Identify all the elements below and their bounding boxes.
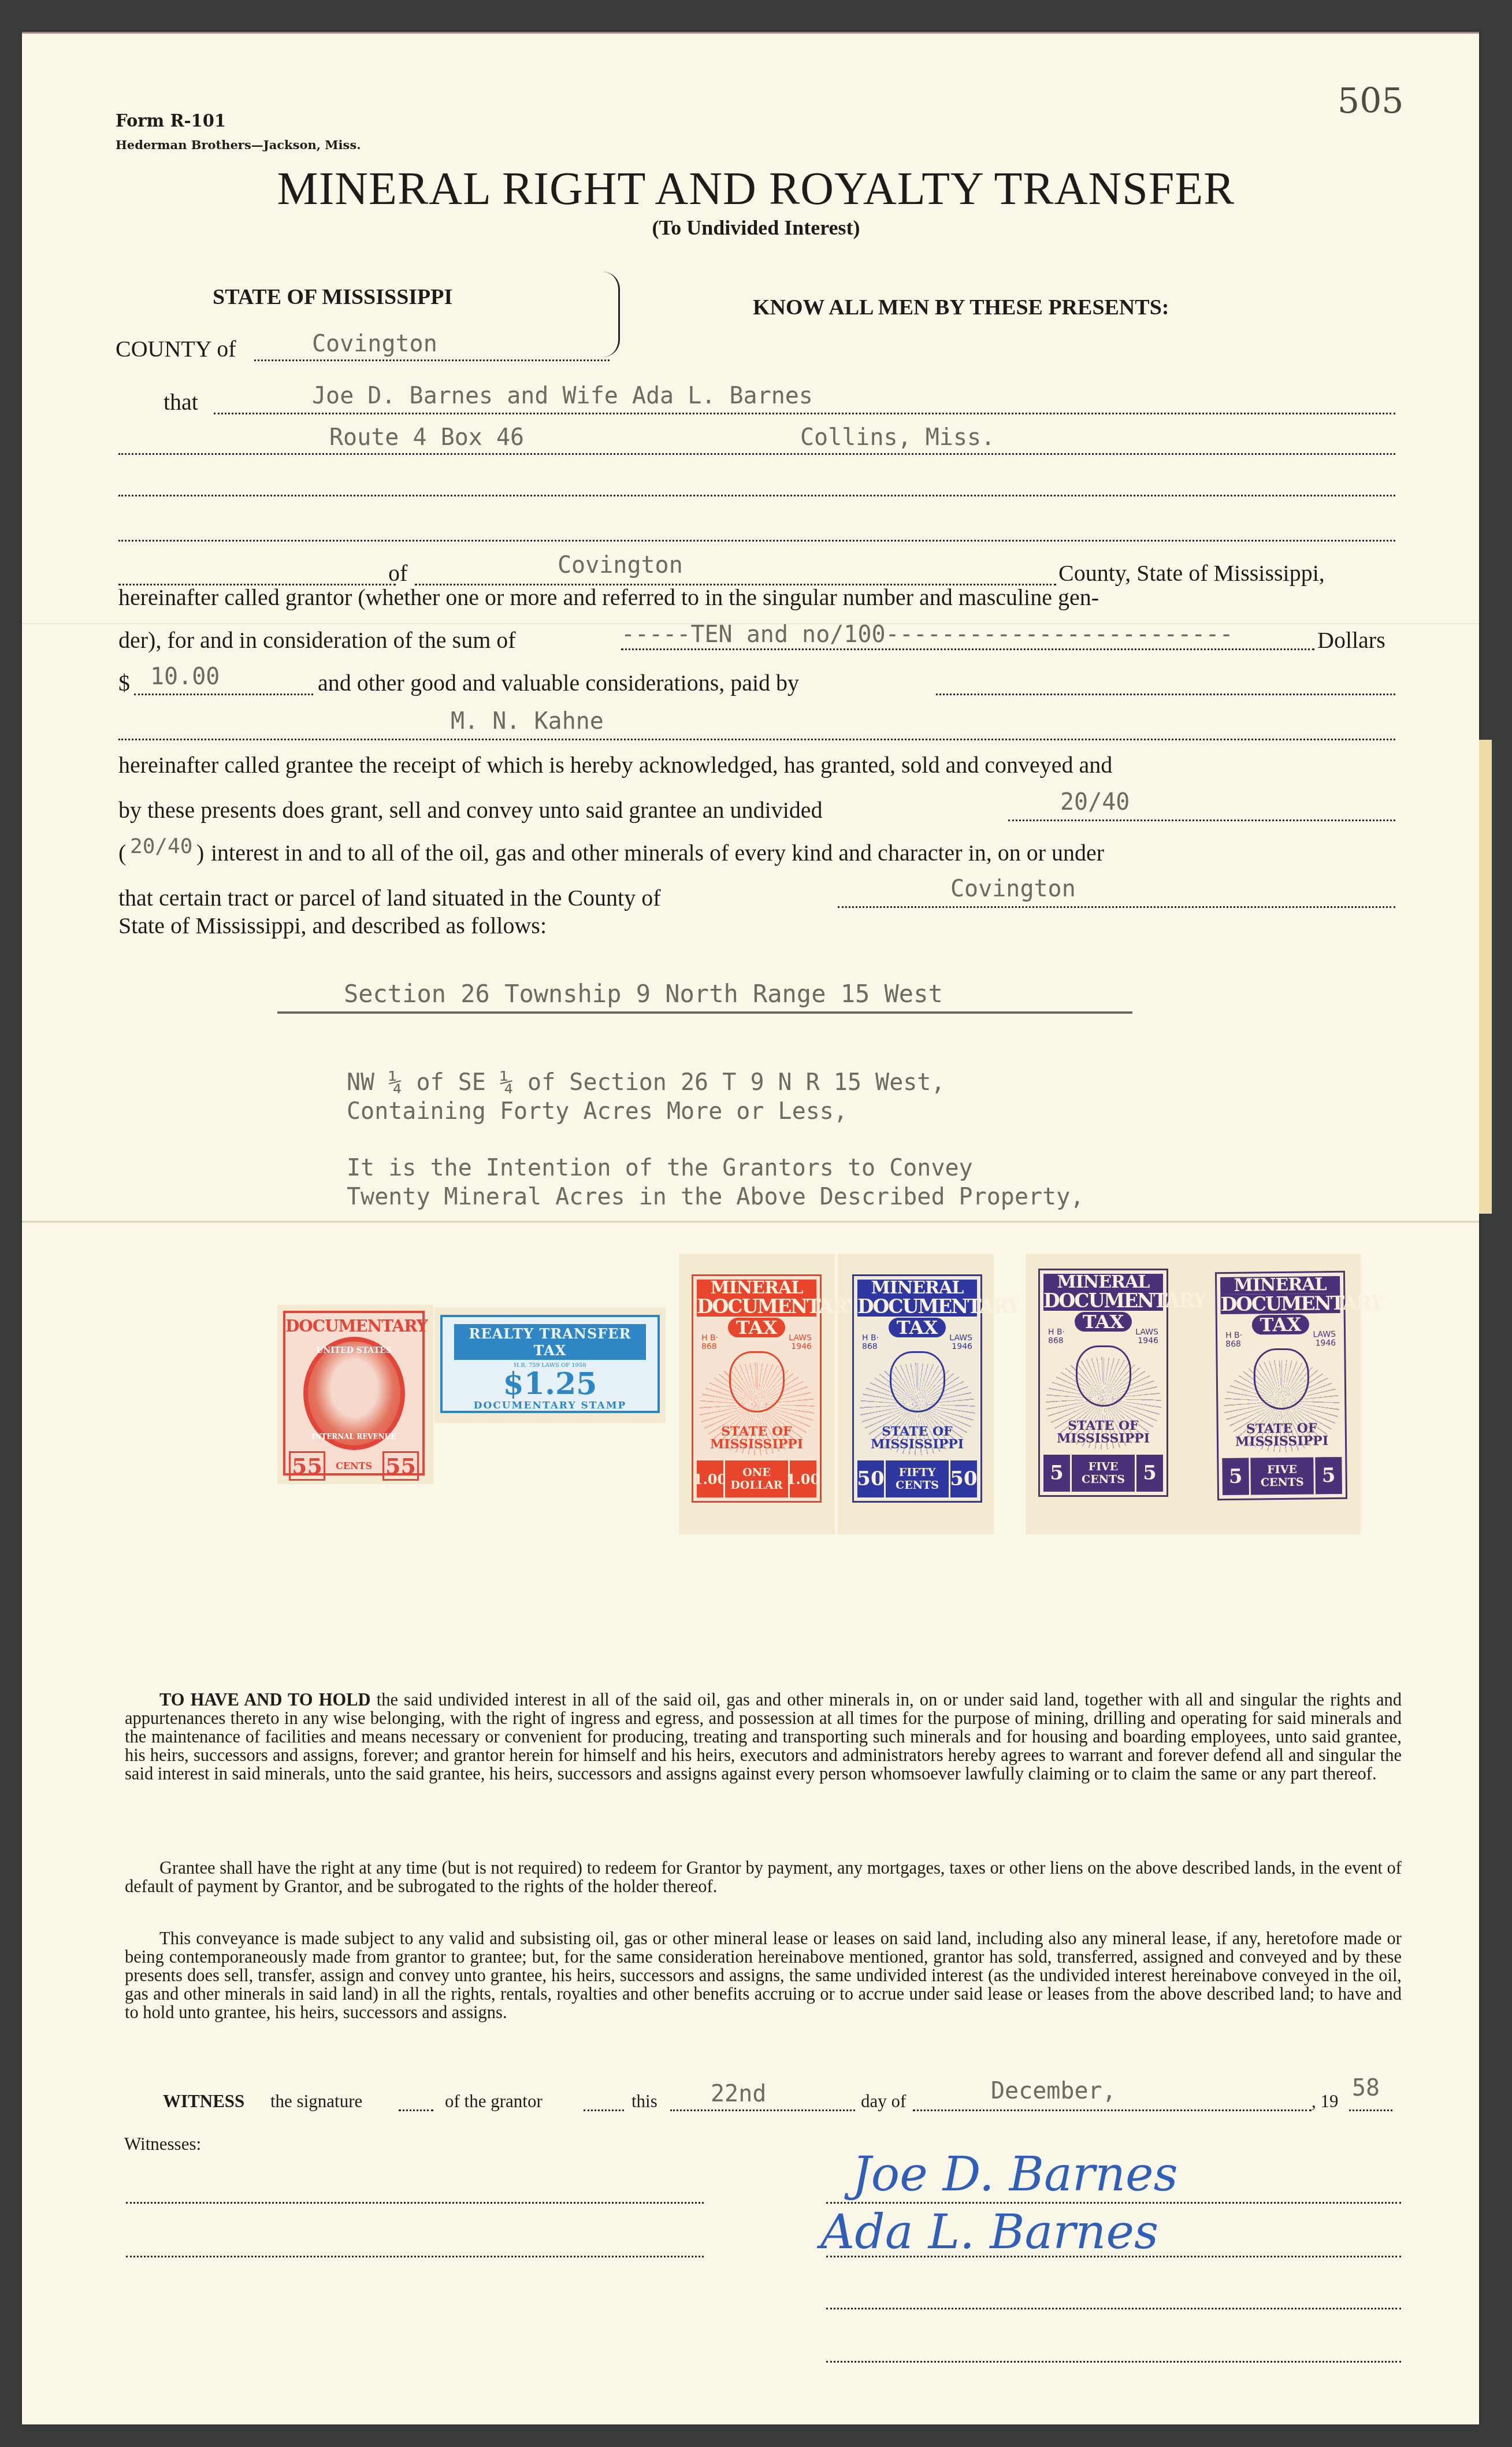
document-subtitle: (To Undivided Interest)	[0, 216, 1512, 240]
grantor-line-4	[118, 540, 1395, 542]
month-line	[913, 2109, 1312, 2111]
interest-line	[1008, 820, 1395, 821]
grantee-name-field[interactable]: M. N. Kahne	[451, 708, 604, 735]
heading-underline	[277, 1011, 1132, 1014]
described-as-follows: State of Mississippi, and described as f…	[118, 912, 547, 939]
legal-description-line-3[interactable]: It is the Intention of the Grantors to C…	[347, 1155, 973, 1181]
paid-by-line	[936, 694, 1395, 695]
stamp-us-documentary: DOCUMENTARY UNITED STATES INTERNAL REVEN…	[283, 1311, 425, 1475]
paren-open: (	[118, 839, 126, 866]
printer-imprint: Hederman Brothers—Jackson, Miss.	[116, 138, 361, 152]
state-seal-icon	[890, 1351, 945, 1412]
signature-plural-line	[399, 2109, 433, 2111]
stamp-unit: CENTS	[336, 1460, 372, 1471]
grantor-signature-line-3[interactable]	[826, 2308, 1401, 2309]
county-suffix: County, State of Mississippi,	[1058, 559, 1325, 587]
redemption-clause: Grantee shall have the right at any time…	[125, 1859, 1402, 1896]
witnesses-label: Witnesses:	[124, 2134, 201, 2155]
of-label: of	[388, 559, 407, 587]
county-field-line	[254, 359, 610, 361]
document-title: MINERAL RIGHT AND ROYALTY TRANSFER	[0, 163, 1512, 216]
stamp-value-left: 55	[289, 1451, 325, 1481]
grantor-signature-line-1[interactable]	[826, 2202, 1401, 2204]
witness-text-1: the signature	[270, 2091, 362, 2112]
grant-text: by these presents does grant, sell and c…	[118, 796, 823, 824]
paren-close: )	[196, 839, 204, 866]
state-seal-icon	[729, 1351, 785, 1412]
other-considerations-text: and other good and valuable consideratio…	[318, 669, 799, 696]
paper-flap	[1479, 740, 1492, 1214]
preamble: KNOW ALL MEN BY THESE PRESENTS:	[753, 295, 1169, 320]
county-label: COUNTY of	[116, 335, 236, 362]
tract-text: that certain tract or parcel of land sit…	[118, 884, 661, 911]
grantee-definition-text: hereinafter called grantee the receipt o…	[118, 751, 1112, 778]
interest-fraction-field[interactable]: 20/40	[1060, 789, 1130, 815]
year-line	[1349, 2109, 1392, 2111]
day-line	[670, 2109, 855, 2111]
legal-description-heading[interactable]: Section 26 Township 9 North Range 15 Wes…	[344, 980, 943, 1008]
this-label: this	[631, 2091, 657, 2112]
legal-description-line-4[interactable]: Twenty Mineral Acres in the Above Descri…	[347, 1184, 1084, 1210]
month-field[interactable]: December,	[991, 2078, 1116, 2104]
grantee-line	[118, 739, 1395, 740]
sum-words-field[interactable]: -----TEN and no/100---------------------…	[621, 621, 1234, 648]
signature-ada-barnes: Ada L. Barnes	[820, 2205, 1158, 2260]
legal-description-line-1[interactable]: NW ¼ of SE ¼ of Section 26 T 9 N R 15 We…	[347, 1069, 945, 1096]
stamp-mineral-fifty-cents: MINERAL DOCUMENTARY TAX H B·868 LAWS1946…	[852, 1274, 982, 1503]
land-county-field[interactable]: Covington	[950, 876, 1076, 902]
year-field[interactable]: 58	[1352, 2075, 1380, 2101]
day-of-label: day of	[861, 2091, 906, 2112]
form-id: Form R-101	[116, 111, 226, 131]
witness-lead: WITNESS	[163, 2091, 244, 2112]
grantor-line-3	[118, 495, 1395, 496]
stamp-value: $1.25	[443, 1369, 657, 1400]
stamp-realty-transfer: REALTY TRANSFER TAX H.B. 759 LAWS OF 195…	[440, 1315, 660, 1413]
stamp-title: REALTY TRANSFER TAX	[454, 1324, 646, 1360]
day-field[interactable]: 22nd	[711, 2081, 766, 2107]
lease-text: This conveyance is made subject to any v…	[125, 1929, 1402, 2022]
witness-line-1[interactable]	[126, 2202, 704, 2204]
stamp-value-right: 55	[382, 1451, 419, 1481]
legal-description-line-2[interactable]: Containing Forty Acres More or Less,	[347, 1098, 848, 1125]
grantor-city-field[interactable]: Collins, Miss.	[800, 424, 995, 451]
year-prefix: , 19	[1312, 2091, 1339, 2112]
land-county-line	[838, 906, 1395, 908]
witness-text-2: of the grantor	[445, 2091, 543, 2112]
habendum-lead: TO HAVE AND TO HOLD	[159, 1690, 371, 1710]
state-label: STATE OF MISSISSIPPI	[213, 284, 452, 310]
fold-line	[22, 1221, 1479, 1223]
dollars-label: Dollars	[1317, 626, 1385, 654]
grantor-definition-text: hereinafter called grantor (whether one …	[118, 584, 1099, 611]
witness-line-2[interactable]	[126, 2256, 704, 2257]
state-seal-icon	[1253, 1348, 1309, 1410]
grantor-signature-line-4[interactable]	[826, 2361, 1401, 2363]
portrait-icon: UNITED STATES INTERNAL REVENUE	[303, 1337, 405, 1450]
dollar-sign: $	[118, 669, 130, 696]
grantor-county-field[interactable]: Covington	[558, 552, 683, 579]
grantor-line-1	[214, 413, 1395, 414]
signature-joe-barnes: Joe D. Barnes	[852, 2147, 1178, 2202]
interest-text: interest in and to all of the oil, gas a…	[211, 839, 1104, 866]
grantor-line-2	[118, 453, 1395, 455]
grantor-address-field[interactable]: Route 4 Box 46	[329, 424, 524, 451]
stamp-mineral-one-dollar: MINERAL DOCUMENTARY TAX H B·868 LAWS1946…	[692, 1274, 822, 1503]
interest-fraction-paren-field[interactable]: 20/40	[130, 835, 192, 858]
county-field[interactable]: Covington	[312, 331, 437, 357]
stamp-subtitle: DOCUMENTARY STAMP	[443, 1400, 657, 1411]
grantor-plural-line	[584, 2109, 624, 2111]
stamp-mineral-five-cents-2: MINERAL DOCUMENTARY TAX H B·868 LAWS1946…	[1215, 1271, 1347, 1500]
redemption-text: Grantee shall have the right at any time…	[125, 1859, 1402, 1896]
state-seal-icon	[1076, 1345, 1131, 1407]
habendum-clause: TO HAVE AND TO HOLD the said undivided i…	[125, 1690, 1402, 1783]
sum-words-line	[621, 648, 1314, 650]
lease-clause: This conveyance is made subject to any v…	[125, 1929, 1402, 2022]
consideration-text: der), for and in consideration of the su…	[118, 626, 516, 654]
document-number: 505	[1338, 81, 1404, 121]
stamp-title: DOCUMENTARY	[285, 1317, 422, 1336]
stamp-mineral-five-cents-1: MINERAL DOCUMENTARY TAX H B·868 LAWS1946…	[1038, 1269, 1168, 1497]
that-label: that	[164, 388, 198, 416]
sum-numeric-field[interactable]: 10.00	[150, 663, 220, 690]
venue-brace	[601, 272, 620, 357]
grantor-names-field[interactable]: Joe D. Barnes and Wife Ada L. Barnes	[312, 383, 813, 409]
sum-numeric-line	[134, 694, 313, 695]
